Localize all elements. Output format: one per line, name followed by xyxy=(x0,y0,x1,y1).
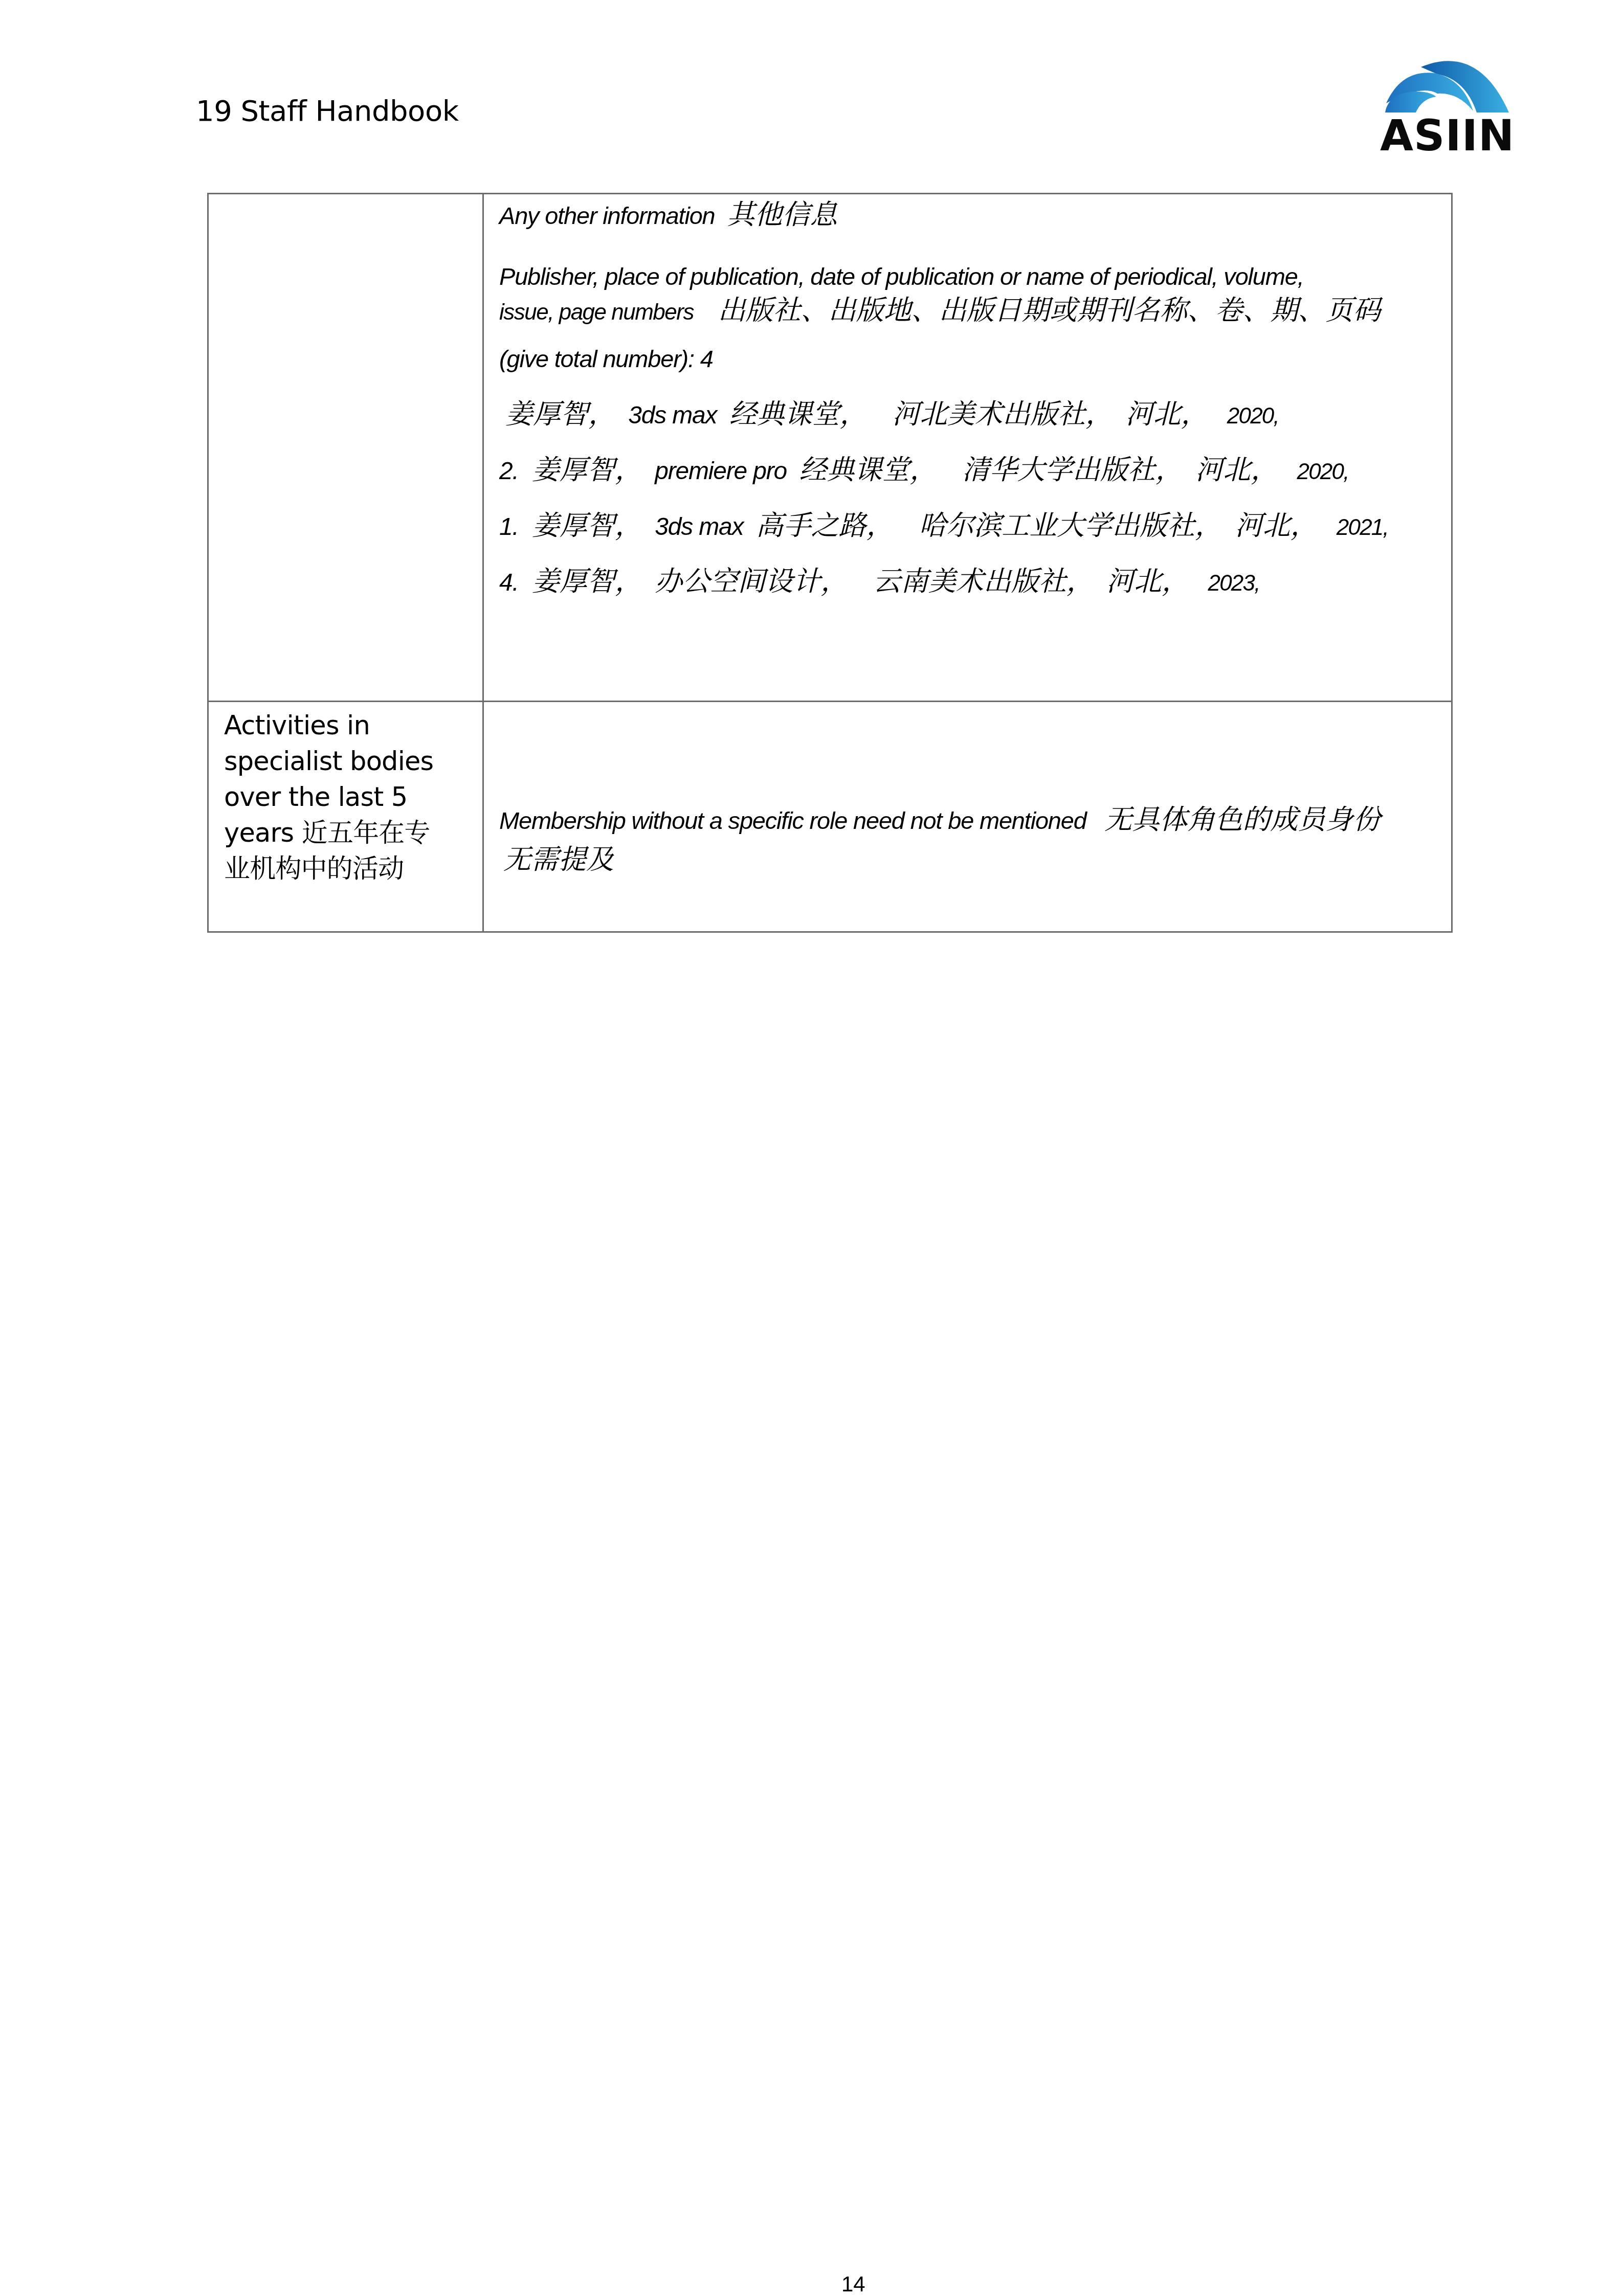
reference-item: 2.姜厚智， premiere pro 经典课堂， 清华大学出版社， 河北， 2… xyxy=(499,454,1451,487)
activities-label: Activities in specialist bodies over the… xyxy=(209,702,482,887)
reference-item: 4.姜厚智， 办公空间设计， 云南美术出版社， 河北， 2023, xyxy=(499,565,1451,598)
asiin-logo-text: ASIIN xyxy=(1380,114,1544,157)
staff-info-table: Any other information 其他信息 Publisher, pl… xyxy=(207,193,1453,933)
asiin-logo: ASIIN xyxy=(1376,54,1545,156)
membership-note: Membership without a specific role need … xyxy=(499,800,1451,880)
publication-total: (give total number): 4 xyxy=(499,345,1451,373)
row-label-cell-empty xyxy=(208,194,483,702)
row-label-cell: Activities in specialist bodies over the… xyxy=(208,702,483,932)
document-header-title: 19 Staff Handbook xyxy=(196,97,459,126)
reference-item: 姜厚智， 3ds max 经典课堂， 河北美术出版社， 河北， 2020, xyxy=(499,398,1451,431)
publications-cell: Any other information 其他信息 Publisher, pl… xyxy=(483,194,1452,702)
table-row: Any other information 其他信息 Publisher, pl… xyxy=(208,194,1452,702)
table-row: Activities in specialist bodies over the… xyxy=(208,702,1452,932)
publisher-note: Publisher, place of publication, date of… xyxy=(499,260,1451,329)
any-other-info-label: Any other information 其他信息 xyxy=(499,198,1451,232)
reference-item: 1.姜厚智， 3ds max 高手之路， 哈尔滨工业大学出版社， 河北， 202… xyxy=(499,509,1451,543)
page-number: 14 xyxy=(841,2272,865,2296)
activities-cell: Membership without a specific role need … xyxy=(483,702,1452,932)
asiin-arc-logo-icon xyxy=(1376,54,1545,115)
